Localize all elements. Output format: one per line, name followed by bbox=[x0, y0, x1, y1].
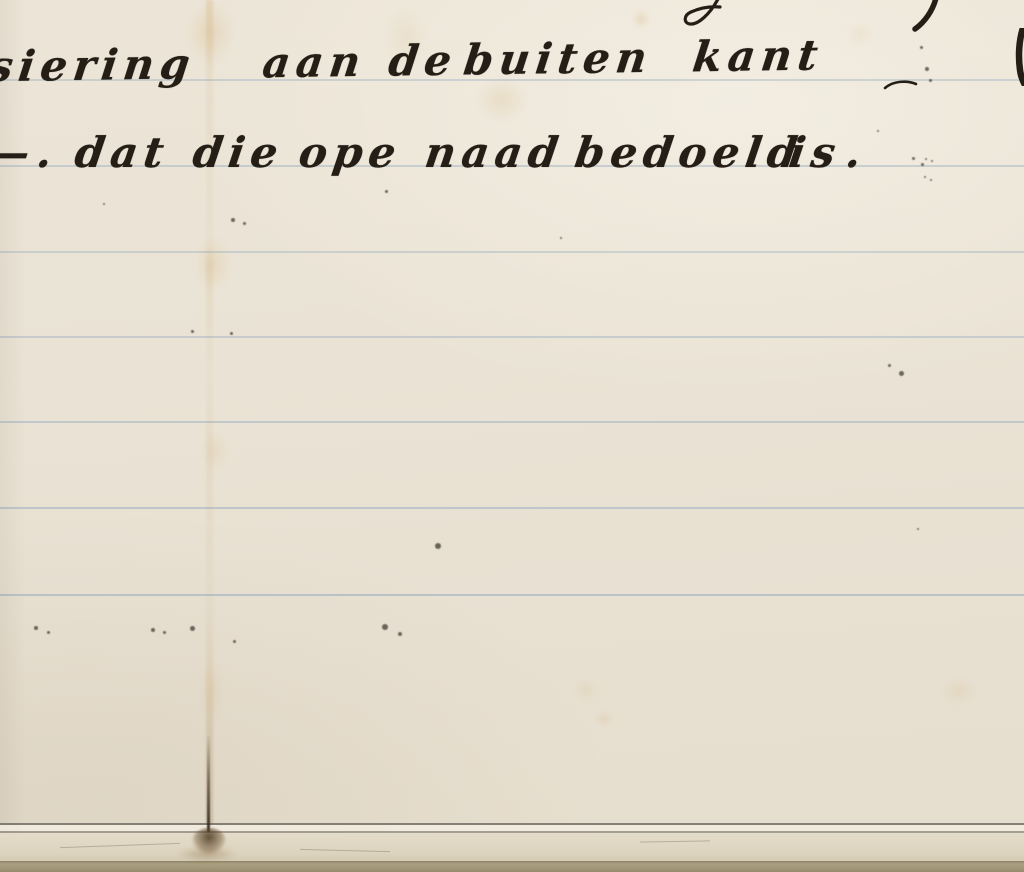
handwriting-fragment-cut-stroke bbox=[912, 0, 940, 38]
handwritten-word: kant bbox=[690, 30, 826, 81]
ruled-line bbox=[0, 507, 1024, 509]
surface-crack bbox=[300, 849, 390, 852]
handwriting-fragment-curl bbox=[883, 76, 919, 95]
paper-stain bbox=[201, 430, 229, 472]
handwritten-word: . bbox=[843, 128, 871, 177]
handwritten-word: bedoeld bbox=[572, 128, 806, 177]
paper-stain bbox=[597, 712, 611, 726]
ruled-line bbox=[0, 594, 1024, 596]
handwritten-word: aan bbox=[260, 37, 369, 88]
handwritten-word: — bbox=[0, 128, 39, 177]
handwritten-word: die bbox=[190, 128, 287, 177]
underlying-page-edge bbox=[0, 833, 1024, 861]
ink-speck bbox=[231, 218, 235, 222]
ink-speck bbox=[230, 332, 233, 335]
ink-speck bbox=[34, 626, 38, 630]
ink-speck bbox=[398, 632, 402, 636]
handwriting-line-2: —.datdieopenaadbedoeldis. bbox=[0, 128, 1024, 218]
ink-speck bbox=[917, 528, 919, 530]
ruled-line bbox=[0, 421, 1024, 423]
surface-crack bbox=[640, 840, 710, 842]
ruled-line bbox=[0, 336, 1024, 338]
handwritten-word: siering bbox=[0, 39, 199, 91]
ink-speck bbox=[47, 631, 50, 634]
ink-speck bbox=[435, 543, 441, 549]
paper-stain bbox=[574, 680, 598, 700]
binding-edge-strip bbox=[0, 861, 1024, 872]
handwritten-word: naad bbox=[422, 128, 567, 177]
handwriting-fragment-descender-loop bbox=[682, 0, 722, 34]
handwritten-word: de bbox=[386, 36, 460, 86]
handwritten-word: buiten bbox=[461, 33, 656, 85]
paper-stain bbox=[200, 660, 224, 724]
crease-dark-streak bbox=[207, 736, 210, 832]
handwriting-fragment-right-edge-stroke bbox=[1012, 28, 1024, 90]
crease-smear bbox=[176, 846, 238, 862]
ink-speck bbox=[888, 364, 891, 367]
ink-speck bbox=[382, 624, 388, 630]
handwritten-word: is bbox=[786, 128, 844, 177]
ink-speck bbox=[163, 631, 166, 634]
ink-speck bbox=[899, 371, 904, 376]
ink-speck bbox=[191, 330, 194, 333]
ink-speck bbox=[151, 628, 155, 632]
ink-speck bbox=[233, 640, 236, 643]
notebook-page-scan: sieringaandebuitenkant—.datdieopenaadbed… bbox=[0, 0, 1024, 872]
paper-stain bbox=[194, 236, 232, 292]
handwritten-word: . bbox=[34, 128, 62, 177]
handwritten-word: ope bbox=[296, 128, 405, 177]
surface-crack bbox=[60, 843, 180, 848]
ruled-line bbox=[0, 251, 1024, 253]
ink-speck bbox=[243, 222, 246, 225]
handwriting-line-1: sieringaandebuitenkant bbox=[0, 28, 1024, 132]
paper-stain bbox=[942, 678, 976, 704]
ink-speck bbox=[560, 237, 562, 239]
ink-speck bbox=[190, 626, 195, 631]
handwritten-word: dat bbox=[72, 128, 173, 177]
paper-stain bbox=[632, 10, 650, 28]
